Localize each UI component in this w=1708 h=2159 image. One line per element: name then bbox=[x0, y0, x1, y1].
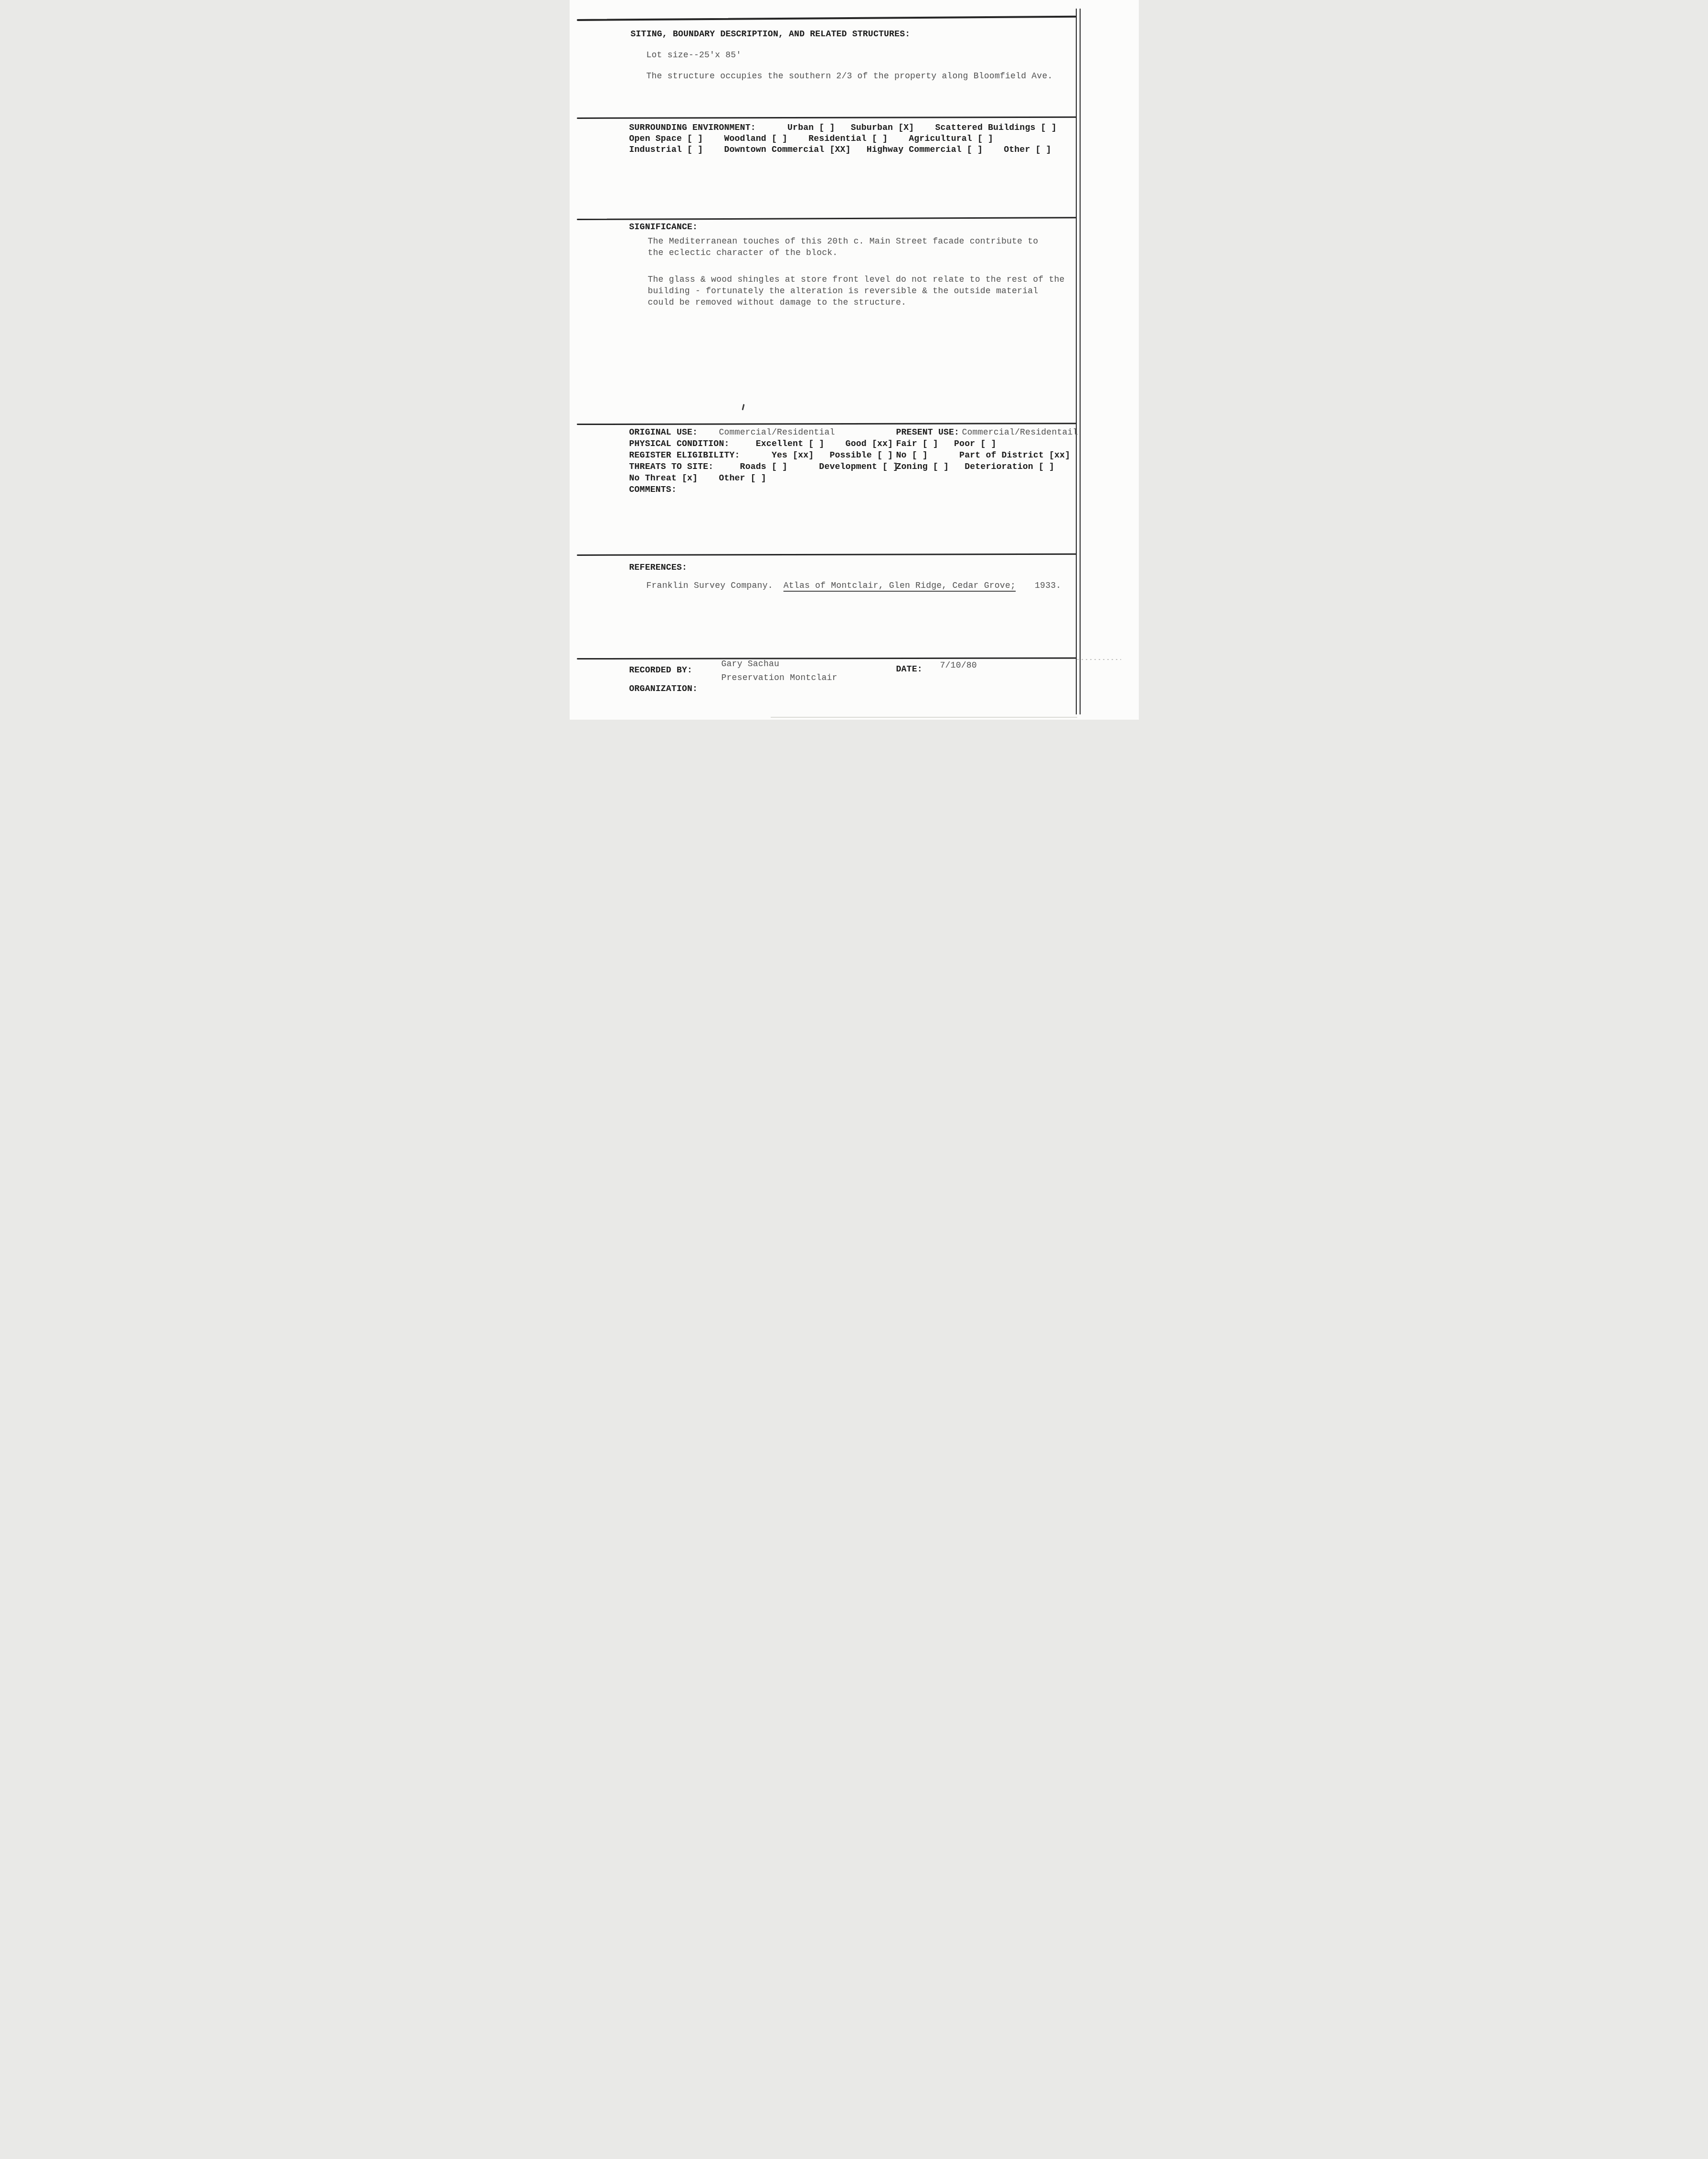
date-value: 7/10/80 bbox=[940, 660, 977, 671]
threats-to-site-checkbox-line-right: Zoning [ ] Deterioration [ ] bbox=[896, 461, 1055, 473]
divider-footer-faint-trail bbox=[1077, 659, 1121, 660]
register-eligibility-checkbox-line: REGISTER ELIGIBILITY: Yes [xx] Possible … bbox=[629, 450, 893, 461]
environment-checkbox-line-2: Open Space [ ] Woodland [ ] Residential … bbox=[629, 133, 994, 145]
references-section-title: REFERENCES: bbox=[629, 562, 688, 574]
reference-author: Franklin Survey Company. bbox=[647, 581, 773, 591]
survey-form-page: SITING, BOUNDARY DESCRIPTION, AND RELATE… bbox=[570, 0, 1139, 720]
stray-ink-mark bbox=[742, 404, 744, 410]
recorded-by-label: RECORDED BY: bbox=[629, 665, 693, 676]
significance-section-title: SIGNIFICANCE: bbox=[629, 222, 698, 233]
physical-condition-checkbox-line: PHYSICAL CONDITION: Excellent [ ] Good [… bbox=[629, 438, 893, 450]
date-label: DATE: bbox=[896, 664, 923, 675]
divider-usage bbox=[576, 423, 1076, 425]
organization-value: Preservation Montclair bbox=[721, 672, 838, 684]
right-margin-line-inner bbox=[1076, 9, 1077, 714]
environment-checkbox-line-1: SURROUNDING ENVIRONMENT: Urban [ ] Subur… bbox=[629, 122, 1057, 134]
siting-section-title: SITING, BOUNDARY DESCRIPTION, AND RELATE… bbox=[631, 29, 911, 40]
divider-references bbox=[576, 553, 1076, 556]
reference-citation: Franklin Survey Company.Atlas of Montcla… bbox=[647, 580, 1061, 592]
significance-paragraph-2: The glass & wood shingles at store front… bbox=[648, 274, 1065, 308]
no-threat-checkbox-line: No Threat [x] Other [ ] bbox=[629, 473, 766, 484]
original-use-value: Commercial/Residential bbox=[719, 427, 835, 438]
register-eligibility-checkbox-line-right: No [ ] Part of District [xx] bbox=[896, 450, 1071, 461]
present-use-value: Commercial/Residentail bbox=[962, 427, 1078, 438]
divider-significance bbox=[576, 217, 1076, 220]
divider-environment bbox=[576, 117, 1076, 119]
environment-checkbox-line-3: Industrial [ ] Downtown Commercial [XX] … bbox=[629, 144, 1051, 156]
physical-condition-checkbox-line-right: Fair [ ] Poor [ ] bbox=[896, 438, 997, 450]
reference-work-title: Atlas of Montclair, Glen Ridge, Cedar Gr… bbox=[784, 581, 1016, 591]
lot-size-value: Lot size--25'x 85' bbox=[647, 50, 742, 61]
scan-bottom-edge bbox=[771, 717, 1077, 718]
present-use-label: PRESENT USE: bbox=[896, 427, 960, 438]
siting-description: The structure occupies the southern 2/3 … bbox=[647, 71, 1053, 82]
significance-paragraph-1: The Mediterranean touches of this 20th c… bbox=[648, 236, 1039, 259]
divider-top bbox=[576, 16, 1076, 21]
right-margin-line-outer bbox=[1080, 9, 1081, 714]
divider-footer bbox=[576, 658, 1076, 659]
organization-label: ORGANIZATION: bbox=[629, 683, 698, 695]
original-use-label: ORIGINAL USE: bbox=[629, 427, 698, 438]
reference-year: 1933. bbox=[1035, 581, 1061, 591]
recorded-by-value: Gary Sachau bbox=[721, 659, 780, 670]
threats-to-site-checkbox-line: THREATS TO SITE: Roads [ ] Development [… bbox=[629, 461, 899, 473]
comments-label: COMMENTS: bbox=[629, 484, 677, 496]
